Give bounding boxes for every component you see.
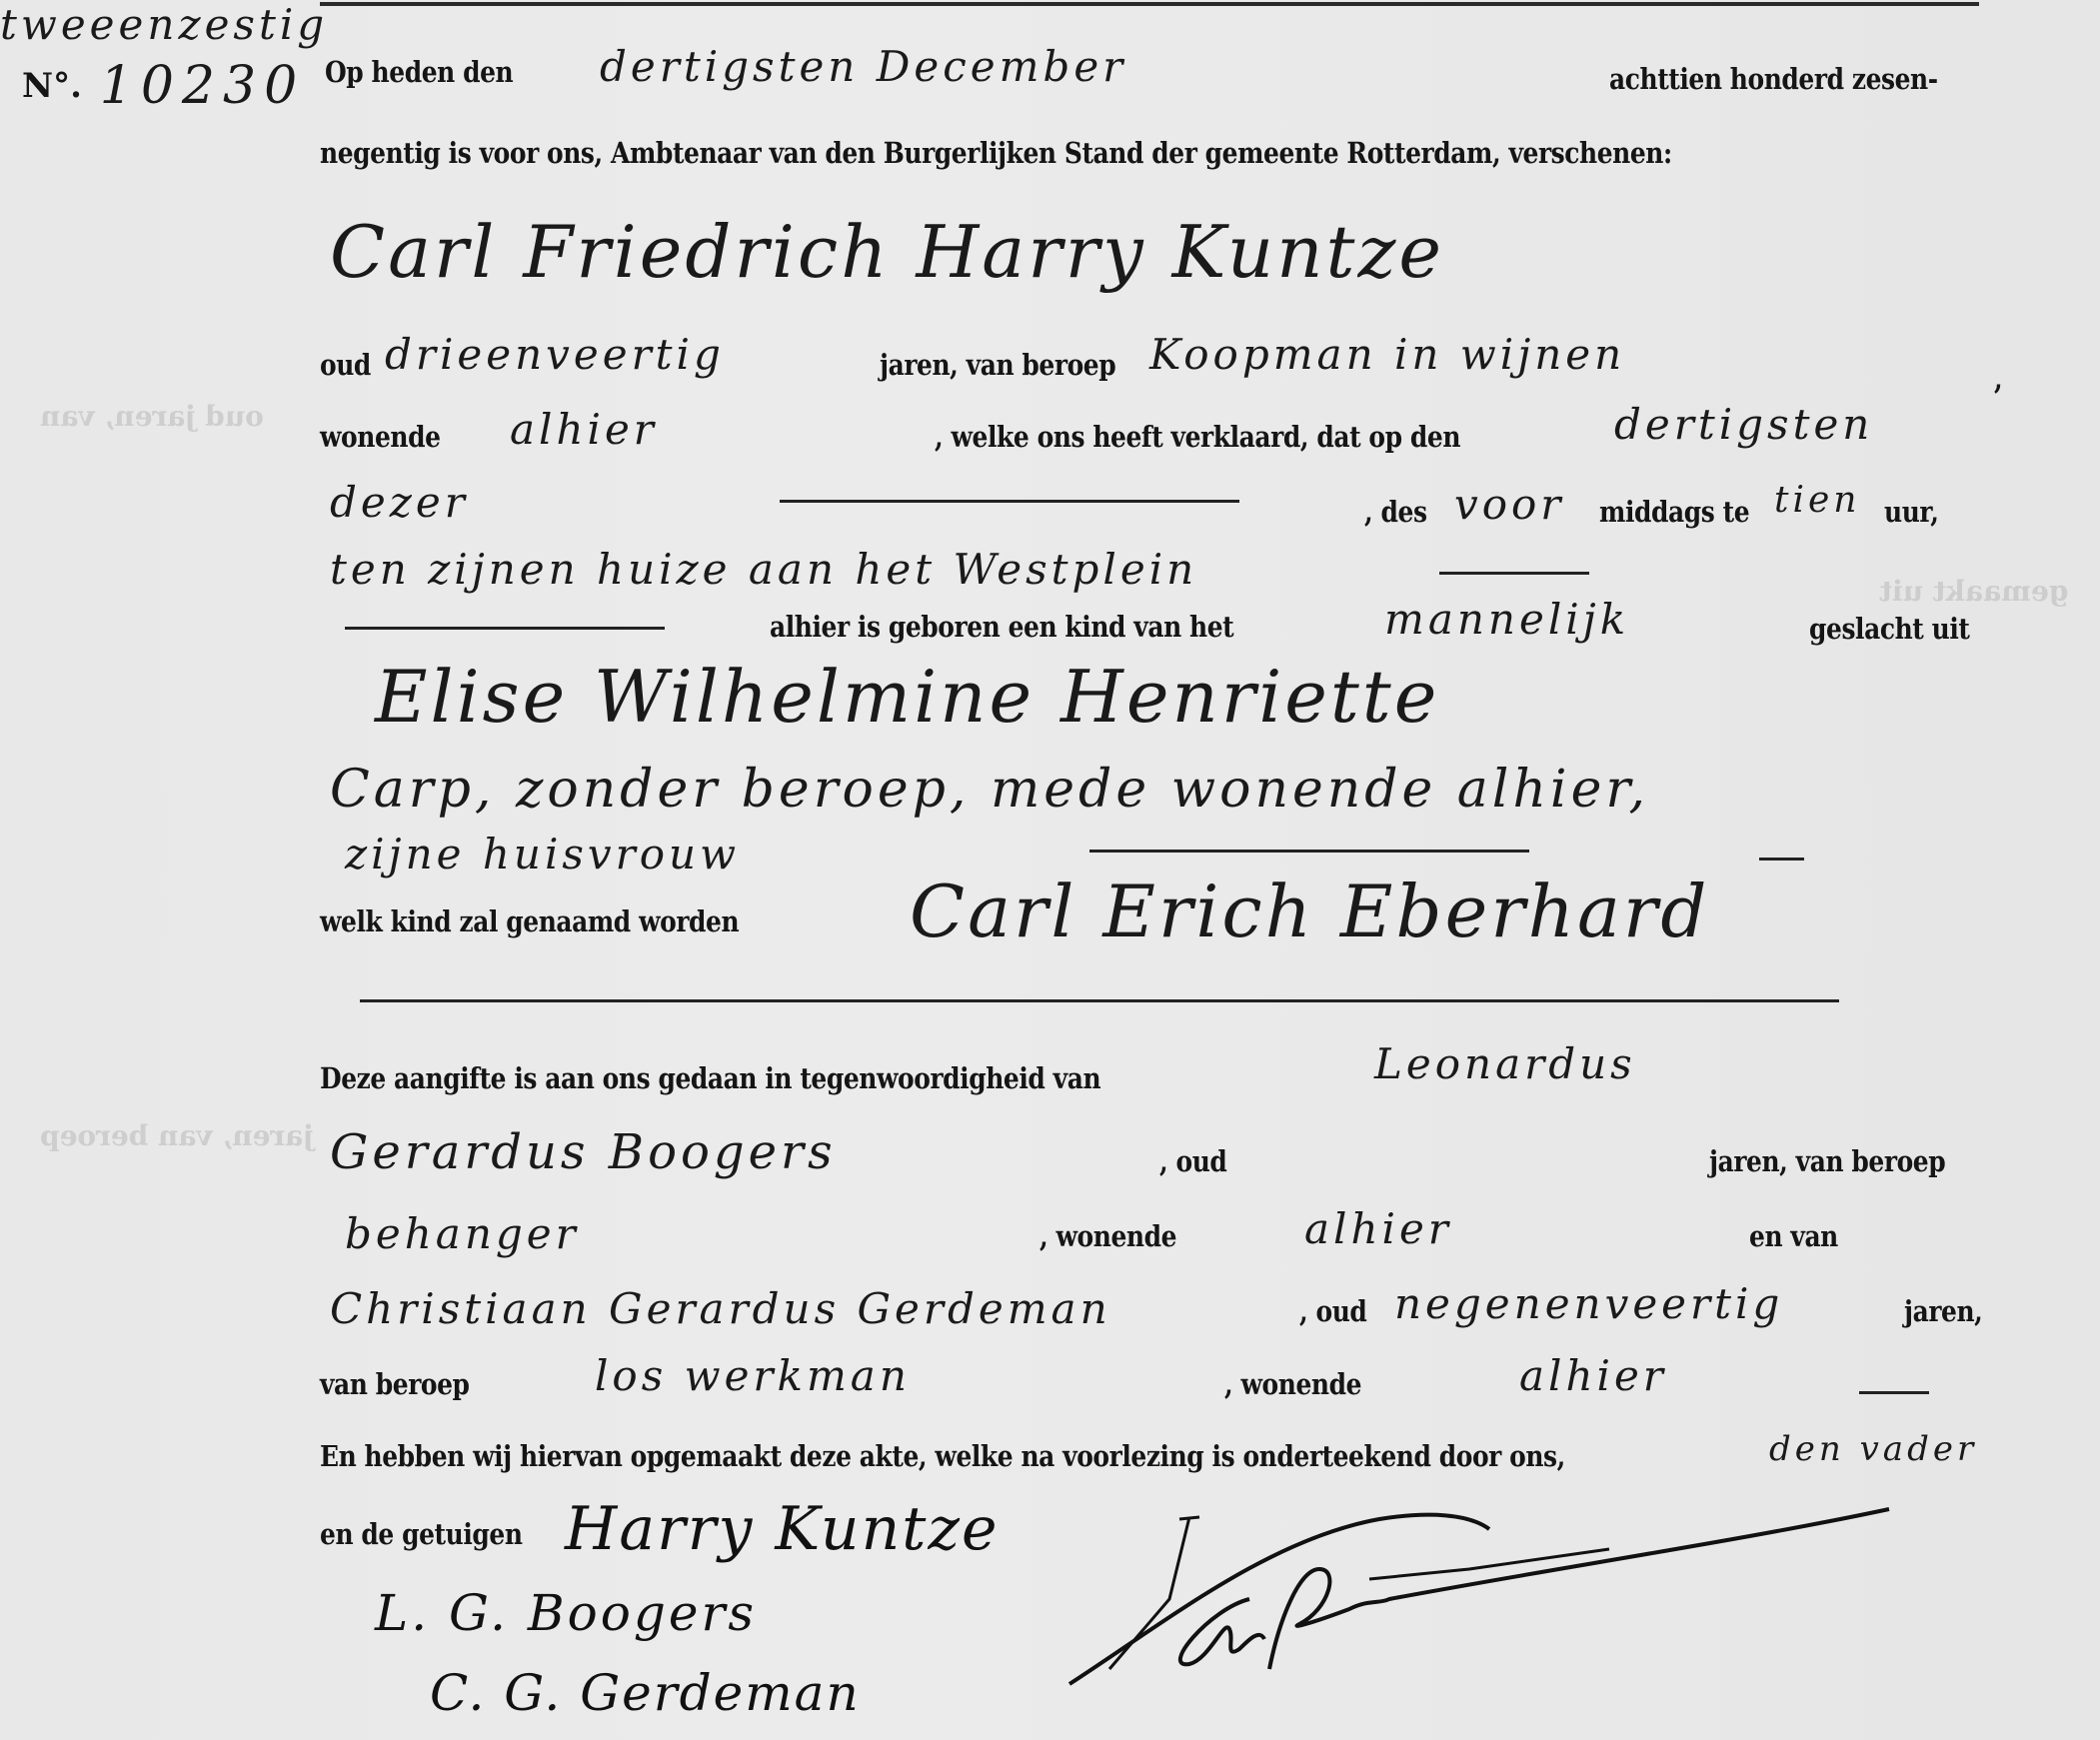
- handwritten-witness2-residence: alhier: [1519, 1351, 1667, 1400]
- handwritten-child-name: Carl Erich Eberhard: [910, 870, 1709, 953]
- handwritten-time-period: voor: [1454, 480, 1564, 529]
- bleed-through-text: gemaakt uit: [1879, 575, 2068, 608]
- handwritten-witness1-first: Leonardus: [1374, 1039, 1636, 1088]
- printed-text: uur,: [1884, 495, 1939, 529]
- printed-text: jaren,: [1904, 1294, 1982, 1328]
- bleed-through-text: oud jaren, van: [40, 400, 264, 433]
- handwritten-mother-details: Carp, zonder beroep, mede wonende alhier…: [330, 760, 1649, 820]
- top-rule: [320, 2, 1979, 6]
- handwritten-father-name: Carl Friedrich Harry Kuntze: [330, 210, 1444, 294]
- handwritten-relationship: zijne huisvrouw: [345, 830, 740, 878]
- fill-line: [1439, 572, 1589, 575]
- printed-text: Deze aangifte is aan ons gedaan in tegen…: [320, 1061, 1100, 1095]
- handwritten-hour: tien: [1774, 480, 1860, 521]
- fill-line: [360, 999, 1839, 1002]
- handwritten-mother-name: Elise Wilhelmine Henriette: [375, 655, 1439, 739]
- signature-witness-boogers: L. G. Boogers: [375, 1584, 757, 1642]
- printed-text: , wonende: [1224, 1367, 1361, 1401]
- printed-text: , welke ons heeft verklaard, dat op den: [935, 420, 1460, 454]
- printed-text: jaren, van beroep: [1709, 1144, 1945, 1178]
- printed-text: , oud: [1159, 1144, 1226, 1178]
- handwritten-age: drieenveertig: [385, 330, 725, 379]
- handwritten-witness2-name: Christiaan Gerardus Gerdeman: [330, 1284, 1111, 1333]
- record-number: N°. 10230: [22, 50, 299, 110]
- handwritten-date: dertigsten December: [600, 42, 1126, 91]
- fill-line: [345, 627, 665, 630]
- printed-text: middags te: [1599, 495, 1749, 529]
- fill-line: [780, 500, 1239, 503]
- handwritten-birth-place: ten zijnen huize aan het Westplein: [330, 545, 1197, 594]
- handwritten-witness1-occupation: behanger: [345, 1209, 580, 1258]
- printed-text: geslacht uit: [1809, 612, 1969, 646]
- handwritten-birth-day: dertigsten: [1614, 400, 1873, 449]
- official-signature: [1050, 1499, 1999, 1719]
- bleed-through-text: jaren, van beroep: [40, 1119, 313, 1152]
- signature-father: Harry Kuntze: [565, 1494, 999, 1564]
- printed-text: negentig is voor ons, Ambtenaar van den …: [320, 136, 1672, 170]
- handwritten-residence: alhier: [510, 405, 658, 454]
- fill-line: [1759, 858, 1804, 861]
- printed-text: , wonende: [1040, 1219, 1176, 1253]
- handwritten-witness2-age: negenenveertig: [1394, 1279, 1783, 1328]
- handwritten-witness1-residence: alhier: [1304, 1204, 1452, 1253]
- printed-text: En hebben wij hiervan opgemaakt deze akt…: [320, 1439, 1565, 1473]
- handwritten-witness1-name: Gerardus Boogers: [330, 1124, 837, 1180]
- printed-text: ,: [1994, 362, 2002, 396]
- printed-text: Op heden den: [325, 55, 513, 89]
- printed-text: welk kind zal genaamd worden: [320, 904, 739, 938]
- printed-text: , des: [1364, 495, 1427, 529]
- printed-text: , oud: [1299, 1294, 1366, 1328]
- printed-text: wonende: [320, 420, 441, 454]
- handwritten-occupation: Koopman in wijnen: [1149, 330, 1625, 379]
- printed-text: alhier is geboren een kind van het: [770, 610, 1233, 644]
- signature-witness-gerdeman: C. G. Gerdeman: [430, 1664, 861, 1722]
- handwritten-sex: mannelijk: [1384, 595, 1629, 644]
- handwritten-month: dezer: [330, 478, 469, 527]
- record-number-value: 10230: [100, 56, 305, 116]
- printed-text: en van: [1749, 1219, 1838, 1253]
- handwritten-witness1-age: tweeenzestig: [0, 0, 328, 49]
- printed-text: jaren, van beroep: [880, 348, 1115, 382]
- fill-line: [1859, 1391, 1929, 1394]
- handwritten-signatory: den vader: [1769, 1429, 1977, 1469]
- printed-text: van beroep: [320, 1367, 470, 1401]
- printed-text: en de getuigen: [320, 1517, 523, 1551]
- handwritten-witness2-occupation: los werkman: [595, 1351, 911, 1400]
- document-page: oud jaren, van gemaakt uit jaren, van be…: [0, 0, 2100, 1740]
- printed-text: oud: [320, 348, 371, 382]
- printed-text: achttien honderd zesen-: [1609, 62, 1938, 96]
- fill-line: [1089, 850, 1529, 853]
